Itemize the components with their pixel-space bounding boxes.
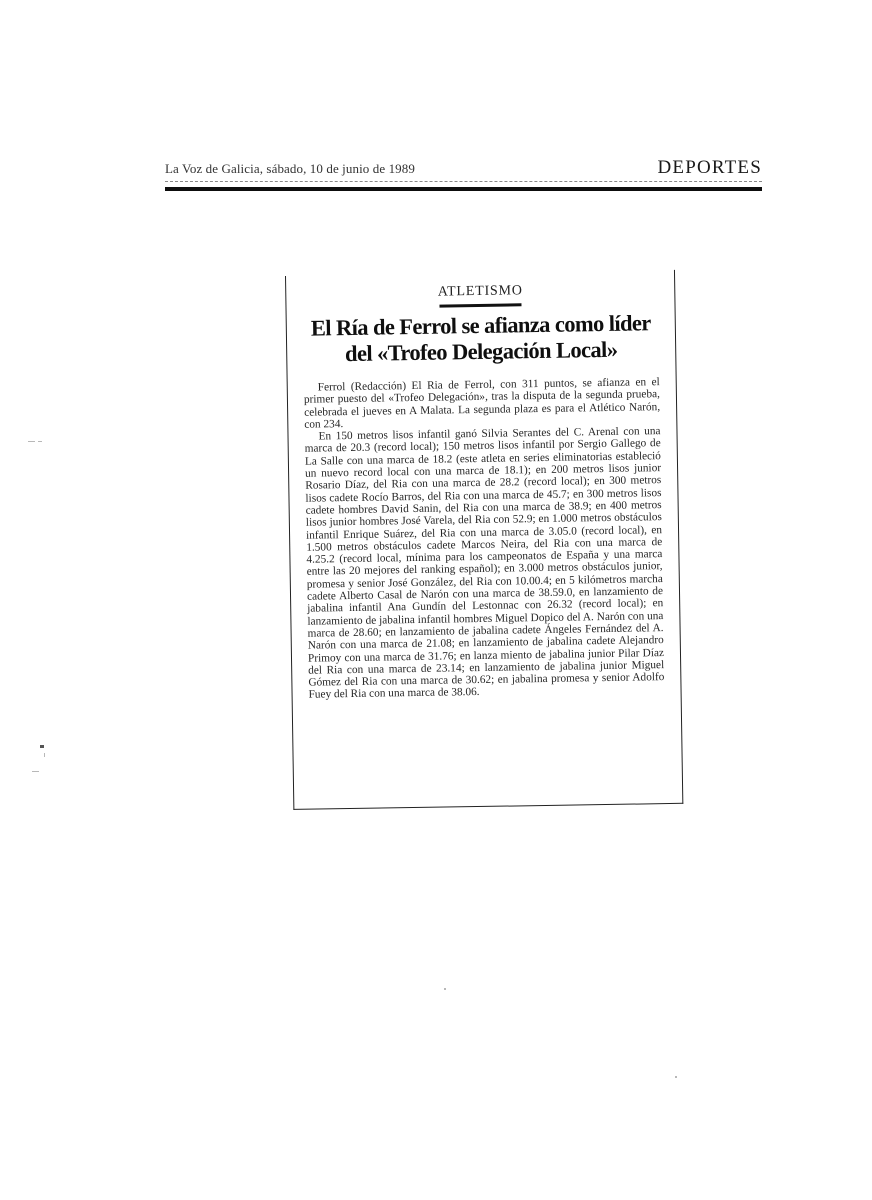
article-content: ATLETISMO El Ría de Ferrol se afianza co… (302, 280, 664, 701)
scan-speck (28, 441, 35, 442)
article-body: Ferrol (Redacción) El Ria de Ferrol, con… (304, 376, 665, 701)
article-paragraph-lead: Ferrol (Redacción) El Ria de Ferrol, con… (304, 376, 661, 431)
article-clipping: ATLETISMO El Ría de Ferrol se afianza co… (285, 270, 683, 810)
newspaper-page-header: La Voz de Galicia, sábado, 10 de junio d… (165, 158, 762, 194)
article-headline: El Ría de Ferrol se afianza como líder d… (303, 310, 660, 368)
newspaper-dateline: La Voz de Galicia, sábado, 10 de junio d… (165, 161, 415, 177)
article-paragraph-results: En 150 metros lisos infantil ganó Silvia… (304, 425, 664, 701)
scan-speck (32, 771, 39, 772)
scan-speck (38, 441, 42, 442)
header-thick-rule (165, 187, 762, 191)
header-thin-rule (165, 181, 762, 182)
section-underline (439, 303, 521, 307)
section-title: DEPORTES (657, 157, 762, 179)
scan-speck (675, 1076, 677, 1078)
scan-speck (44, 753, 45, 757)
scan-speck (40, 745, 44, 748)
scan-speck (444, 988, 446, 990)
article-section-label: ATLETISMO (302, 280, 658, 304)
